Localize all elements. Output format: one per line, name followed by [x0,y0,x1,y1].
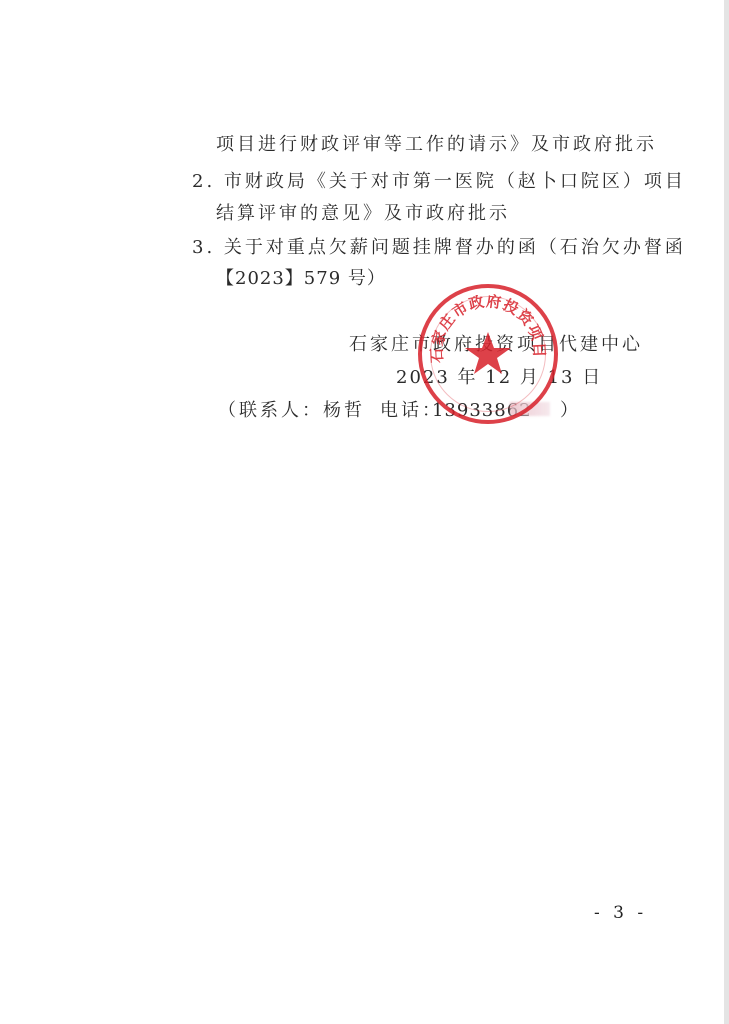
attachment-item-3-continued: 【2023】579 号） [216,267,386,291]
attachment-item-2: 2. 市财政局《关于对市第一医院（赵卜口院区）项目 [192,170,686,194]
official-seal: 石家庄市政府投资项目代建中心 [418,284,558,424]
contact-person: （联系人：杨哲 [218,399,365,423]
attachment-line-1-continued: 项目进行财政评审等工作的请示》及市政府批示 [216,133,657,157]
star-icon: 石家庄市政府投资项目代建中心 [422,288,554,420]
attachment-item-2-continued: 结算评审的意见》及市政府批示 [216,202,510,226]
page-number: - 3 - [594,903,647,923]
contact-closing: ） [560,399,581,423]
scrollbar-edge [724,0,729,1024]
document-page: 项目进行财政评审等工作的请示》及市政府批示 2. 市财政局《关于对市第一医院（赵… [0,0,724,1024]
attachment-item-3: 3. 关于对重点欠薪问题挂牌督办的函（石治欠办督函 [192,236,686,260]
